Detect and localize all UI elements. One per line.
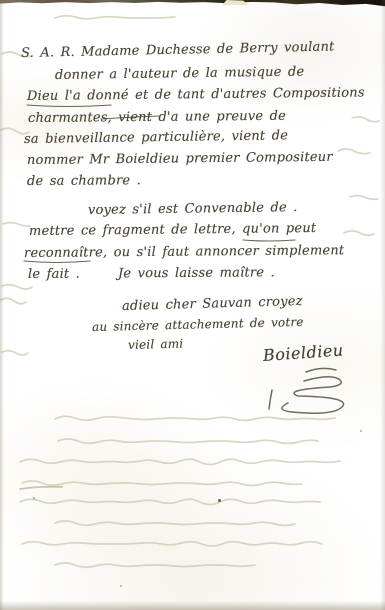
- paper-speck: [33, 497, 35, 499]
- letter-photo: S. A. R. Madame Duchesse de Berry voulan…: [0, 0, 385, 610]
- ink-marks-layer: [0, 0, 385, 610]
- paper-bottom-edge-shadow: [0, 601, 385, 610]
- underline-mark: [27, 105, 111, 107]
- paper-right-edge-shadow: [380, 0, 385, 610]
- signature-paraph-flourish: [306, 368, 336, 372]
- signature-paraph-flourish: [269, 390, 272, 409]
- paper-speck: [120, 585, 122, 587]
- underline-mark: [243, 240, 295, 241]
- paper-left-edge-shadow: [0, 0, 4, 610]
- paper-speck: [360, 430, 362, 432]
- strikethrough-mark: [101, 116, 159, 119]
- underline-mark: [24, 261, 90, 263]
- signature-paraph-flourish: [282, 377, 344, 413]
- paper-speck: [218, 499, 221, 502]
